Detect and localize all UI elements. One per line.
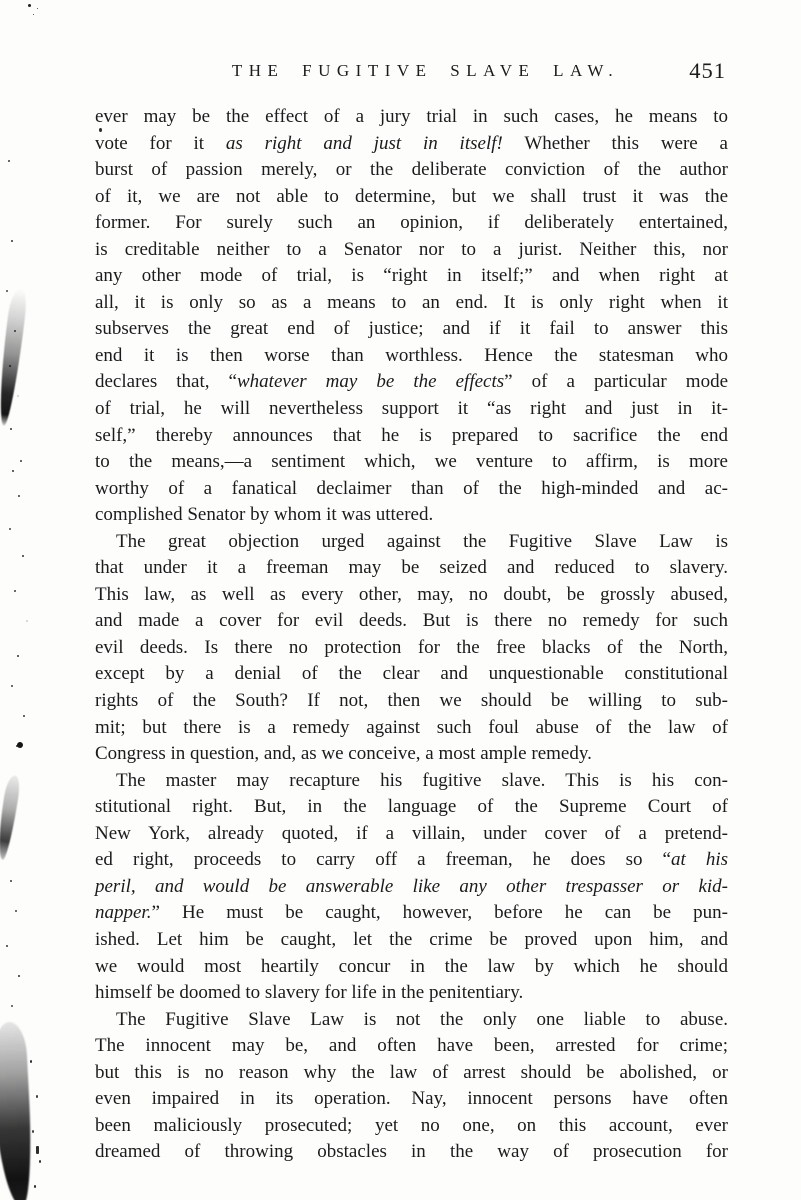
- paragraph: ever may be the effect of a jury trial i…: [95, 104, 728, 529]
- scan-artifact: [0, 774, 22, 860]
- running-head: THE FUGITIVE SLAVE LAW. 451: [95, 58, 728, 88]
- text-line: peril, and would be answerable like any …: [95, 874, 728, 901]
- scan-artifact: [0, 287, 28, 426]
- scan-artifact: [0, 1021, 35, 1200]
- text-line: evil deeds. Is there no protection for t…: [95, 635, 728, 662]
- text-line: except by a denial of the clear and unqu…: [95, 661, 728, 688]
- text-line: mit; but there is a remedy against such …: [95, 715, 728, 742]
- text-line: burst of passion merely, or the delibera…: [95, 157, 728, 184]
- scanned-book-page: THE FUGITIVE SLAVE LAW. 451 ever may be …: [0, 0, 801, 1200]
- text-line: The great objection urged against the Fu…: [95, 529, 728, 556]
- text-line: that under it a freeman may be seized an…: [95, 555, 728, 582]
- paragraph: The Fugitive Slave Law is not the only o…: [95, 1007, 728, 1166]
- text-line: Congress in question, and, as we conceiv…: [95, 741, 728, 768]
- text-line: of trial, he will nevertheless support i…: [95, 396, 728, 423]
- text-line: This law, as well as every other, may, n…: [95, 582, 728, 609]
- scan-artifact: [8, 160, 10, 162]
- scan-artifact: [36, 1146, 39, 1154]
- text-line: worthy of a fanatical declaimer than of …: [95, 476, 728, 503]
- paragraph: The great objection urged against the Fu…: [95, 529, 728, 768]
- text-line: and made a cover for evil deeds. But is …: [95, 608, 728, 635]
- text-line: rights of the South? If not, then we sho…: [95, 688, 728, 715]
- text-line: napper.” He must be caught, however, bef…: [95, 900, 728, 927]
- text-line: declares that, “whatever may be the effe…: [95, 369, 728, 396]
- text-line: self,” thereby announces that he is prep…: [95, 423, 728, 450]
- scan-artifact: [17, 742, 23, 748]
- text-line: of it, we are not able to determine, but…: [95, 184, 728, 211]
- page-title: THE FUGITIVE SLAVE LAW.: [232, 61, 619, 81]
- text-line: dreamed of throwing obstacles in the way…: [95, 1139, 728, 1166]
- text-line: ished. Let him be caught, let the crime …: [95, 927, 728, 954]
- text-line: complished Senator by whom it was uttere…: [95, 502, 728, 529]
- text-line: vote for it as right and just in itself!…: [95, 131, 728, 158]
- text-line: any other mode of trial, is “right in it…: [95, 263, 728, 290]
- text-line: former. For surely such an opinion, if d…: [95, 210, 728, 237]
- text-line: The innocent may be, and often have been…: [95, 1033, 728, 1060]
- page-number: 451: [689, 58, 726, 84]
- scan-artifact: [30, 1060, 32, 1063]
- text-line: himself be doomed to slavery for life in…: [95, 980, 728, 1007]
- text-line: all, it is only so as a means to an end.…: [95, 290, 728, 317]
- text-line: been maliciously prosecuted; yet no one,…: [95, 1113, 728, 1140]
- text-line: even impaired in its operation. Nay, inn…: [95, 1086, 728, 1113]
- text-line: subserves the great end of justice; and …: [95, 316, 728, 343]
- page-body: ever may be the effect of a jury trial i…: [95, 104, 728, 1166]
- text-line: to the means,—a sentiment which, we vent…: [95, 449, 728, 476]
- text-line: end it is then worse than worthless. Hen…: [95, 343, 728, 370]
- paragraph: The master may recapture his fugitive sl…: [95, 768, 728, 1007]
- text-line: ever may be the effect of a jury trial i…: [95, 104, 728, 131]
- text-line: New York, already quoted, if a villain, …: [95, 821, 728, 848]
- scan-artifact: [12, 470, 14, 472]
- text-line: The master may recapture his fugitive sl…: [95, 768, 728, 795]
- text-line: ed right, proceeds to carry off a freema…: [95, 847, 728, 874]
- text-line: is creditable neither to a Senator nor t…: [95, 237, 728, 264]
- text-line: but this is no reason why the law of arr…: [95, 1060, 728, 1087]
- scan-artifact: [10, 880, 12, 882]
- scan-artifact: [28, 4, 31, 7]
- text-line: The Fugitive Slave Law is not the only o…: [95, 1007, 728, 1034]
- text-line: we would most heartily concur in the law…: [95, 954, 728, 981]
- text-line: stitutional right. But, in the language …: [95, 794, 728, 821]
